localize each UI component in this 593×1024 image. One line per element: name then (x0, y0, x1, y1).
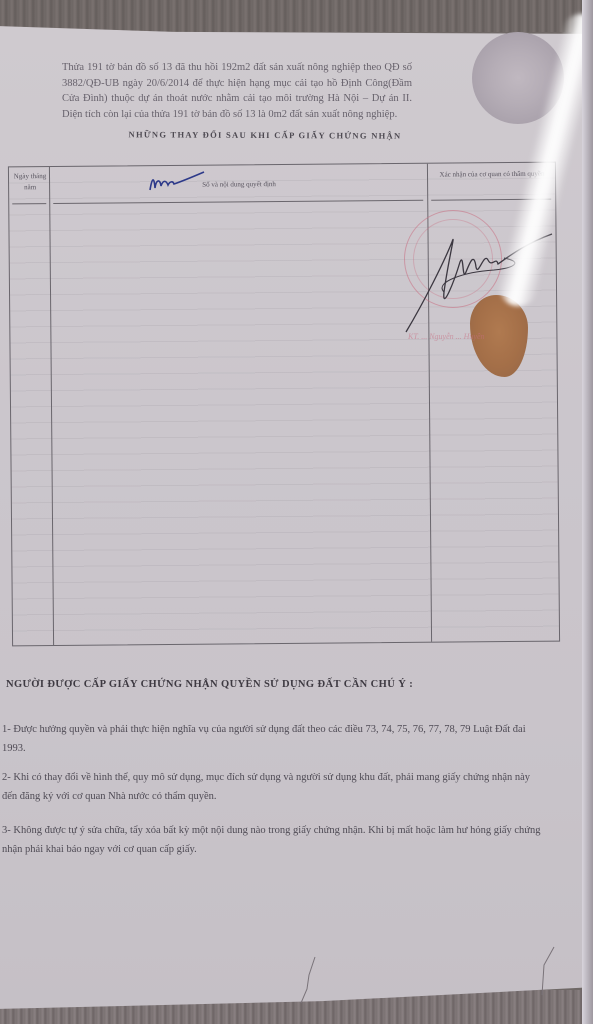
header-content: Số và nội dung quyết định (53, 178, 425, 192)
header-underline (12, 203, 46, 204)
handwritten-signature-icon (146, 170, 206, 194)
notes-heading: NGƯỜI ĐƯỢC CẤP GIẤY CHỨNG NHẬN QUYỀN SỬ … (6, 679, 566, 690)
column-divider (49, 167, 54, 645)
paper-crease (295, 955, 325, 1005)
paper-crease (530, 945, 560, 1000)
wooden-surface-top (0, 0, 593, 32)
page-title: NHỮNG THAY ĐỔI SAU KHI CẤP GIẤY CHỨNG NH… (95, 129, 435, 141)
note-item-2: 2- Khi có thay đổi về hình thể, quy mô s… (2, 768, 542, 806)
header-date: Ngày tháng năm (11, 171, 49, 193)
page-edge (582, 0, 593, 1024)
stamp-caption: KT. ... Nguyễn ... Huyền (408, 332, 568, 341)
note-item-1: 1- Được hưởng quyền và phải thực hiện ng… (2, 720, 542, 758)
header-underline (53, 200, 423, 204)
table-row-content: Thửa 191 tờ bản đồ số 13 đã thu hồi 192m… (62, 60, 412, 122)
note-item-3: 3- Không được tự ý sửa chữa, tẩy xóa bất… (2, 821, 542, 859)
